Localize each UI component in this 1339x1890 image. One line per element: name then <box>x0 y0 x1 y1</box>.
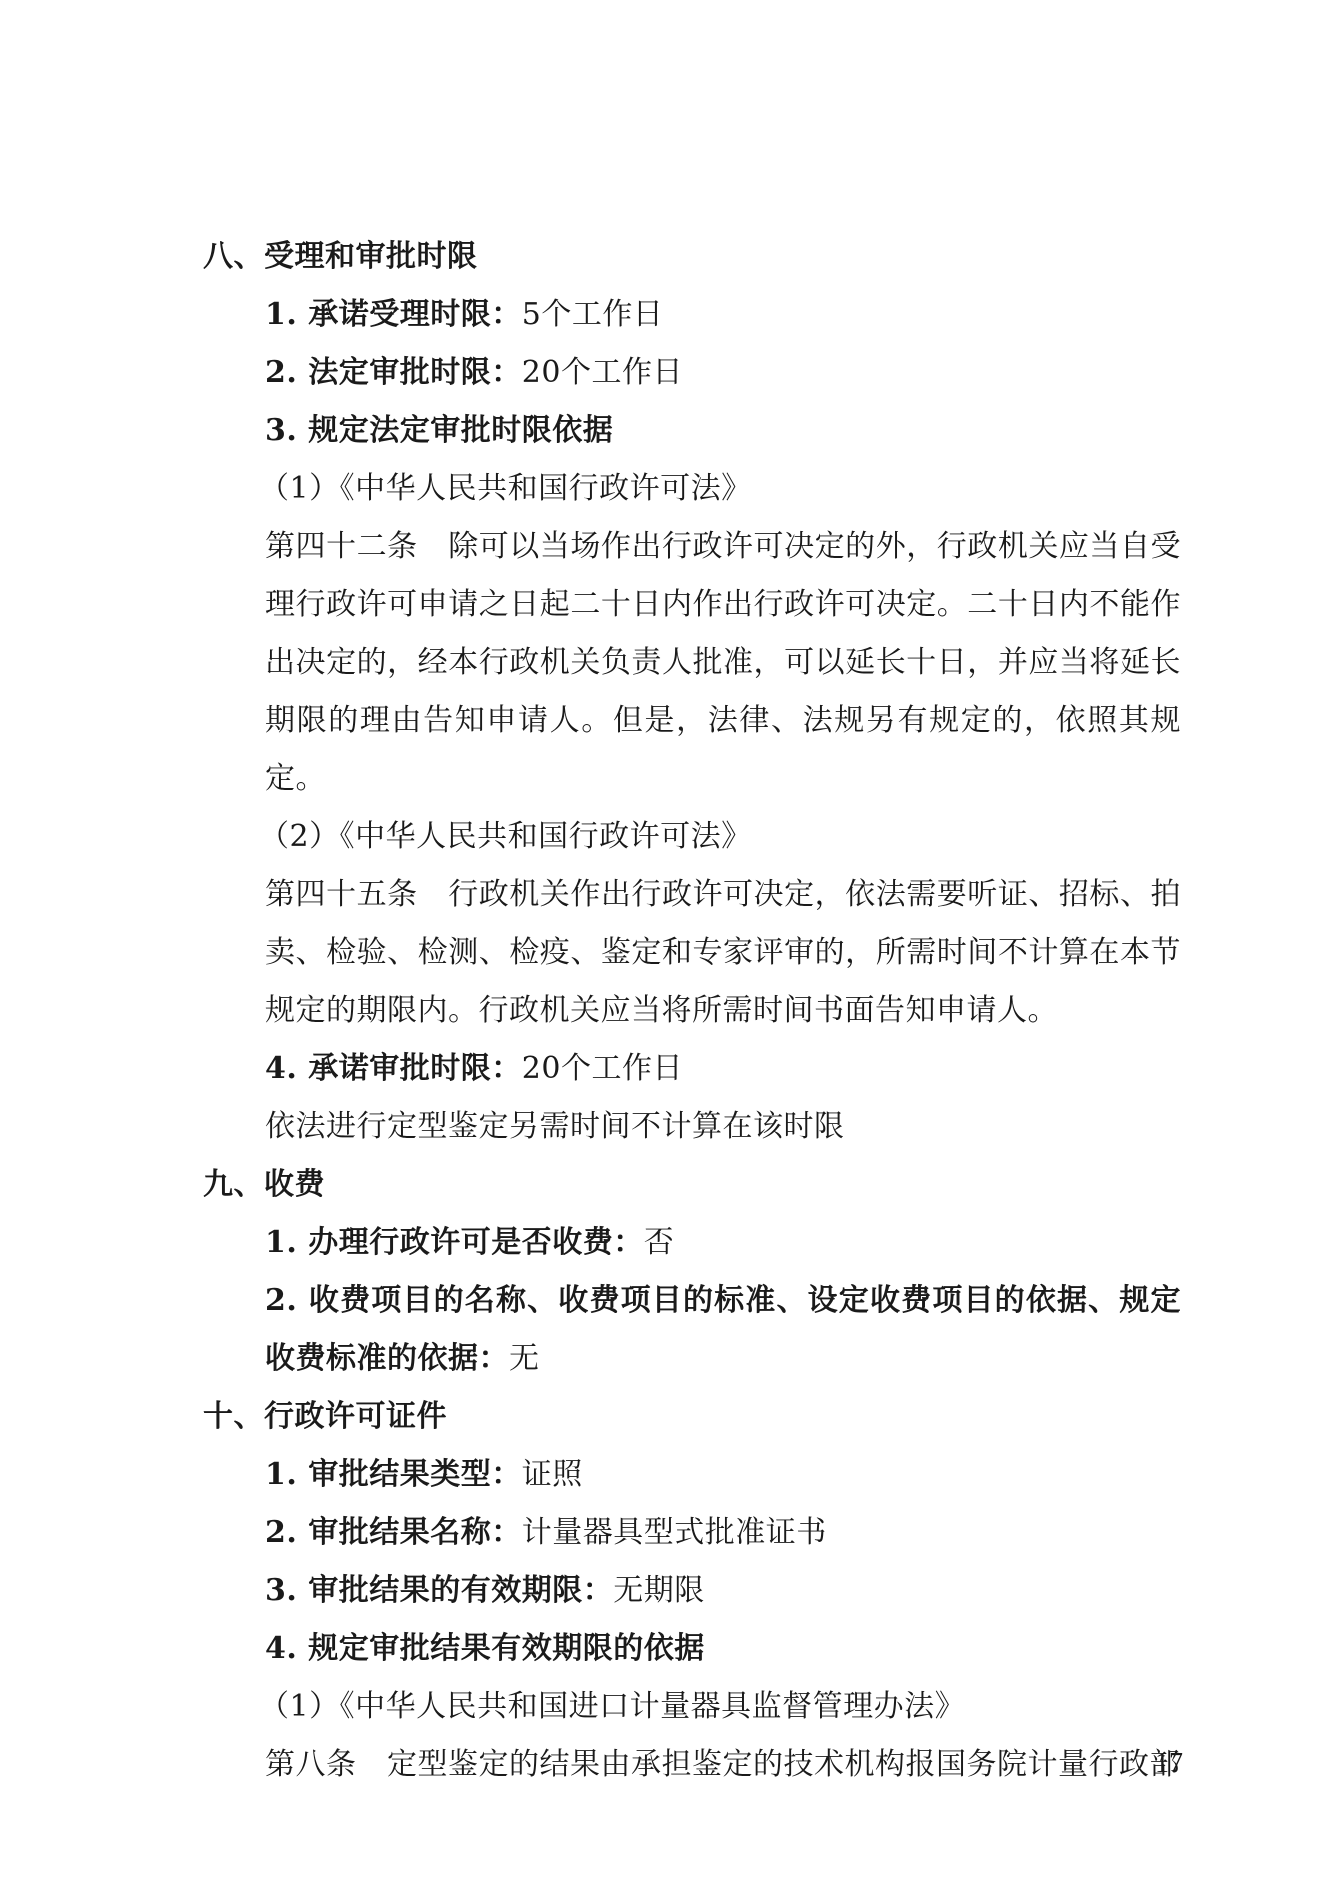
item-validity-basis-heading: 4. 规定审批结果有效期限的依据 <box>203 1620 1181 1678</box>
item-label: 1. 承诺受理时限： <box>265 297 522 332</box>
page-number: 17 <box>1155 1748 1183 1780</box>
item-promised-acceptance-time: 1. 承诺受理时限：5个工作日 <box>203 286 1181 344</box>
item-value: 证照 <box>522 1457 583 1492</box>
section-heading-10: 十、行政许可证件 <box>203 1388 1181 1446</box>
item-label: 3. 审批结果的有效期限： <box>265 1573 613 1608</box>
item-promised-approval-time: 4. 承诺审批时限：20个工作日 <box>203 1040 1181 1098</box>
item-fee-details: 2. 收费项目的名称、收费项目的标准、设定收费项目的依据、规定收费标准的依据：无 <box>203 1272 1181 1388</box>
item-label: 2. 法定审批时限： <box>265 355 522 390</box>
item-label: 1. 审批结果类型： <box>265 1457 522 1492</box>
law-article-8: 第八条 定型鉴定的结果由承担鉴定的技术机构报国务院计量行政部 <box>203 1736 1181 1794</box>
item-label: 2. 审批结果名称： <box>265 1515 522 1550</box>
item-value: 否 <box>644 1225 675 1260</box>
item-label: 4. 承诺审批时限： <box>265 1051 522 1086</box>
time-limit-note: 依法进行定型鉴定另需时间不计算在该时限 <box>203 1098 1181 1156</box>
item-value: 无期限 <box>613 1573 705 1608</box>
item-value: 计量器具型式批准证书 <box>522 1515 827 1550</box>
section-heading-9: 九、收费 <box>203 1156 1181 1214</box>
item-result-validity: 3. 审批结果的有效期限：无期限 <box>203 1562 1181 1620</box>
item-value: 5个工作日 <box>522 297 664 332</box>
section-heading-8: 八、受理和审批时限 <box>203 228 1181 286</box>
item-label: 1. 办理行政许可是否收费： <box>265 1225 644 1260</box>
item-label: 2. 收费项目的名称、收费项目的标准、设定收费项目的依据、规定收费标准的依据： <box>265 1283 1181 1376</box>
law-title: （1）《中华人民共和国进口计量器具监督管理办法》 <box>203 1678 1181 1736</box>
law-article-42: 第四十二条 除可以当场作出行政许可决定的外，行政机关应当自受理行政许可申请之日起… <box>203 518 1181 808</box>
item-value: 20个工作日 <box>522 355 683 390</box>
law-article-45: 第四十五条 行政机关作出行政许可决定，依法需要听证、招标、拍卖、检验、检测、检疫… <box>203 866 1181 1040</box>
document-page: 八、受理和审批时限 1. 承诺受理时限：5个工作日 2. 法定审批时限：20个工… <box>203 228 1181 1794</box>
item-value: 无 <box>509 1341 540 1376</box>
item-statutory-approval-time: 2. 法定审批时限：20个工作日 <box>203 344 1181 402</box>
item-result-type: 1. 审批结果类型：证照 <box>203 1446 1181 1504</box>
item-fee-charged: 1. 办理行政许可是否收费：否 <box>203 1214 1181 1272</box>
law-title: （2）《中华人民共和国行政许可法》 <box>203 808 1181 866</box>
item-basis-heading: 3. 规定法定审批时限依据 <box>203 402 1181 460</box>
law-title: （1）《中华人民共和国行政许可法》 <box>203 460 1181 518</box>
item-value: 20个工作日 <box>522 1051 683 1086</box>
item-result-name: 2. 审批结果名称：计量器具型式批准证书 <box>203 1504 1181 1562</box>
